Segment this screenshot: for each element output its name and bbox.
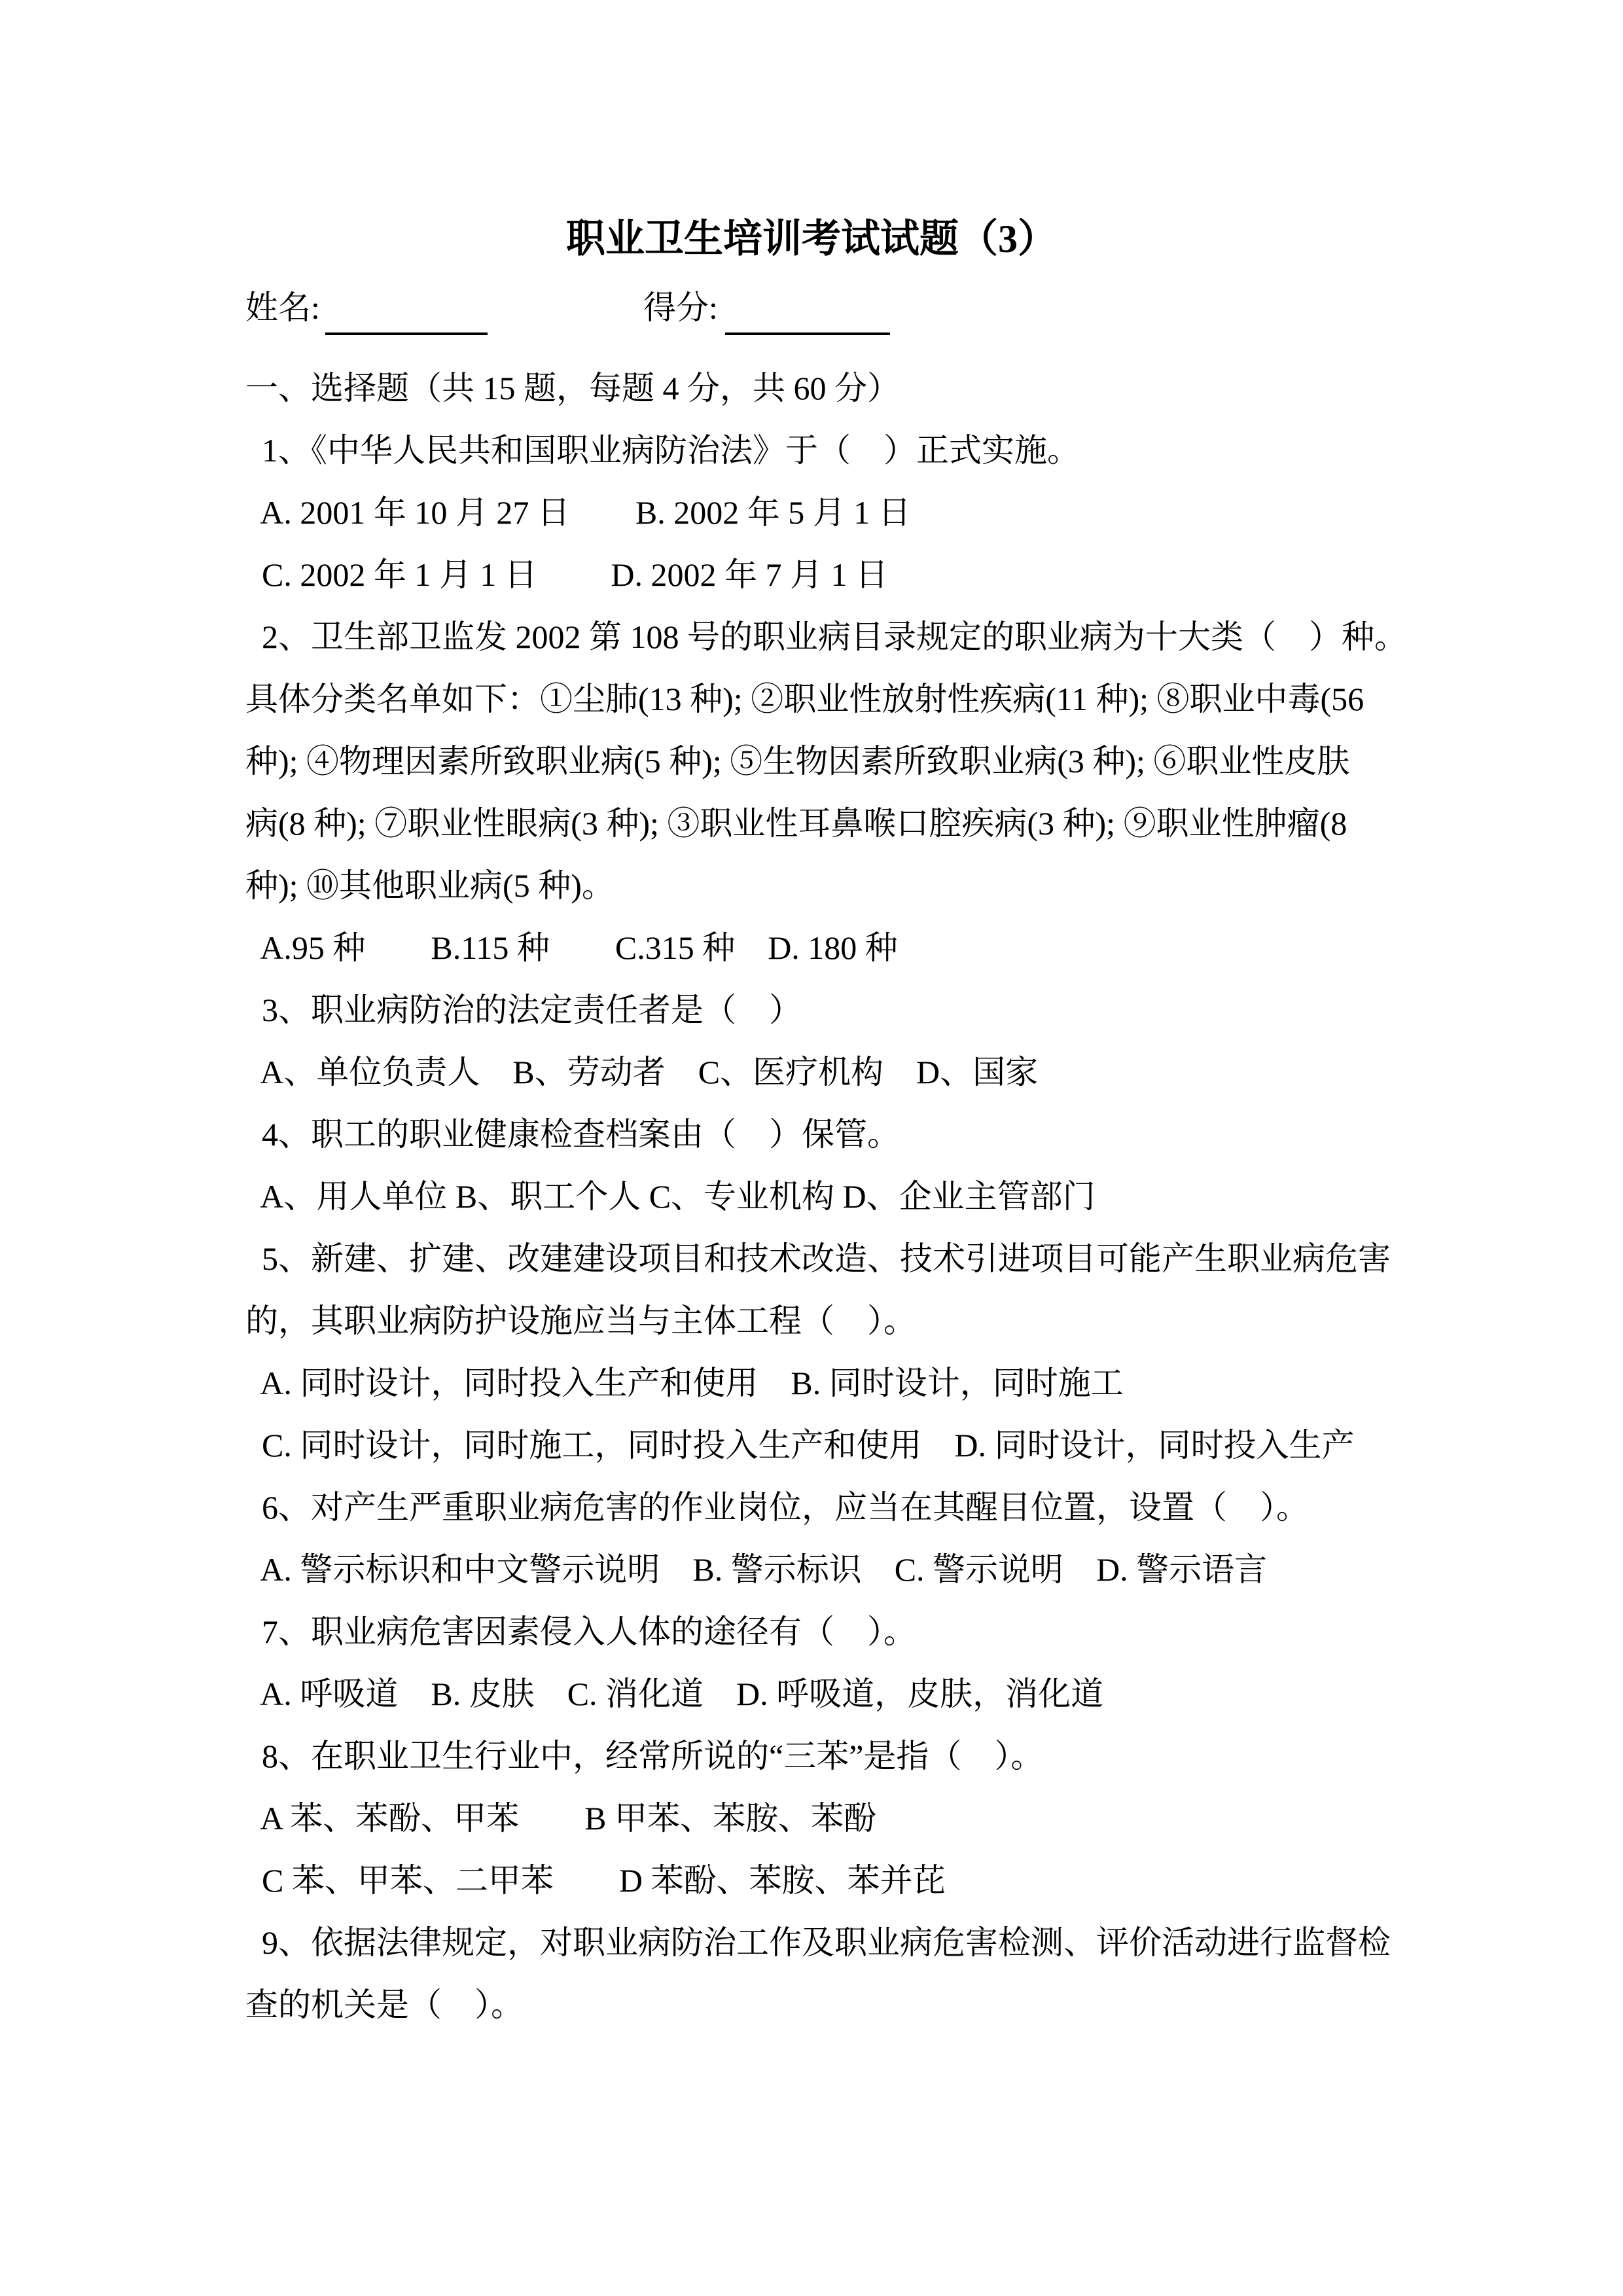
question-7: 7、职业病危害因素侵入人体的途径有（ ）。 [245,1601,1397,1663]
question-1-options-ab: A. 2001 年 10 月 27 日 B. 2002 年 5 月 1 日 [245,482,1397,544]
question-5-options-ab: A. 同时设计，同时投入生产和使用 B. 同时设计，同时施工 [245,1352,1397,1414]
question-5-options-cd: C. 同时设计，同时施工，同时投入生产和使用 D. 同时设计，同时投入生产 [245,1414,1397,1477]
question-9-continued: 查的机关是（ ）。 [245,1974,1397,2036]
page-title: 职业卫生培训考试试题（3） [0,208,1623,270]
question-4-options: A、用人单位 B、职工个人 C、专业机构 D、企业主管部门 [245,1166,1397,1228]
exam-document-page: 职业卫生培训考试试题（3） 姓名: 得分: 一、选择题（共 15 题，每题 4 … [0,0,1623,2296]
score-blank-field [725,332,890,335]
score-label: 得分: [643,280,718,335]
name-score-row: 姓名: 得分: [0,280,1623,335]
question-8: 8、在职业卫生行业中，经常所说的“三苯”是指（ ）。 [245,1725,1397,1787]
question-2-continued-2: 种); ④物理因素所致职业病(5 种); ⑤生物因素所致职业病(3 种); ⑥职… [245,730,1397,793]
question-2-continued-3: 病(8 种); ⑦职业性眼病(3 种); ③职业性耳鼻喉口腔疾病(3 种); ⑨… [245,793,1397,855]
question-5: 5、新建、扩建、改建建设项目和技术改造、技术引进项目可能产生职业病危害 [245,1228,1397,1290]
question-2-options: A.95 种 B.115 种 C.315 种 D. 180 种 [245,917,1397,979]
question-8-options-cd: C 苯、甲苯、二甲苯 D 苯酚、苯胺、苯并芘 [245,1850,1397,1912]
question-2-continued-4: 种); ⑩其他职业病(5 种)。 [245,855,1397,917]
question-2-continued-1: 具体分类名单如下：①尘肺(13 种); ②职业性放射性疾病(11 种); ⑧职业… [245,668,1397,730]
question-7-options: A. 呼吸道 B. 皮肤 C. 消化道 D. 呼吸道，皮肤，消化道 [245,1663,1397,1725]
question-2: 2、卫生部卫监发 2002 第 108 号的职业病目录规定的职业病为十大类（ ）… [245,606,1397,668]
question-3: 3、职业病防治的法定责任者是（ ） [245,979,1397,1041]
question-9: 9、依据法律规定，对职业病防治工作及职业病危害检测、评价活动进行监督检 [245,1912,1397,1974]
question-6: 6、对产生严重职业病危害的作业岗位，应当在其醒目位置，设置（ ）。 [245,1477,1397,1539]
name-label: 姓名: [245,280,320,335]
exam-body: 一、选择题（共 15 题，每题 4 分，共 60 分） 1、《中华人民共和国职业… [245,357,1397,2036]
section-heading: 一、选择题（共 15 题，每题 4 分，共 60 分） [245,357,1397,420]
question-6-options: A. 警示标识和中文警示说明 B. 警示标识 C. 警示说明 D. 警示语言 [245,1539,1397,1601]
question-1-options-cd: C. 2002 年 1 月 1 日 D. 2002 年 7 月 1 日 [245,544,1397,606]
question-4: 4、职工的职业健康检查档案由（ ）保管。 [245,1103,1397,1166]
question-1: 1、《中华人民共和国职业病防治法》于（ ）正式实施。 [245,420,1397,482]
question-5-continued: 的，其职业病防护设施应当与主体工程（ ）。 [245,1290,1397,1352]
name-blank-field [325,332,488,335]
question-3-options: A、单位负责人 B、劳动者 C、医疗机构 D、国家 [245,1041,1397,1103]
question-8-options-ab: A 苯、苯酚、甲苯 B 甲苯、苯胺、苯酚 [245,1787,1397,1850]
